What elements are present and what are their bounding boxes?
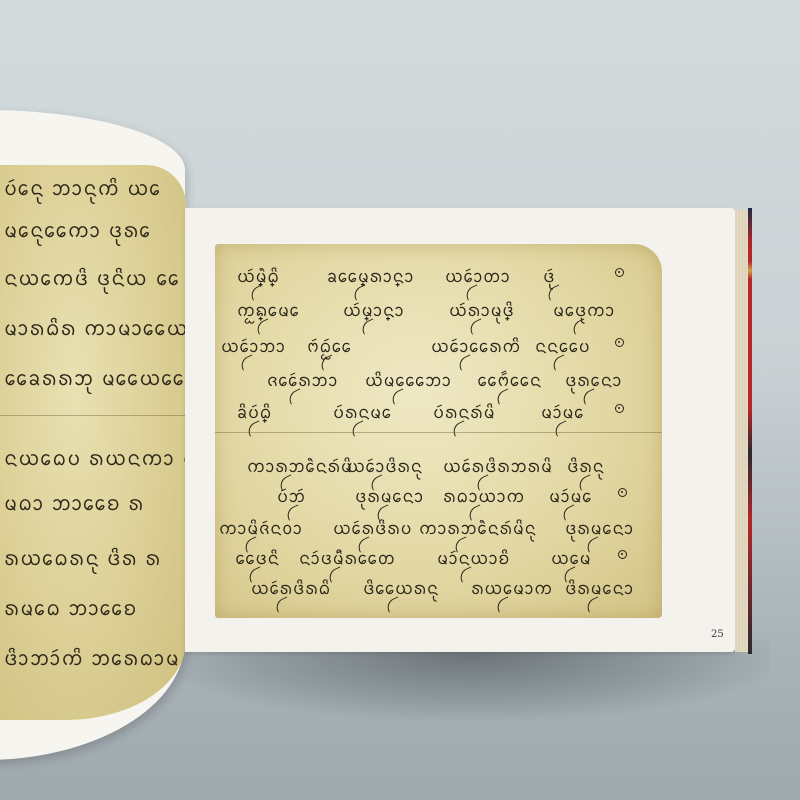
- manuscript-row: ᨠᩣᩁᨽᩮᩫᨶᩁᩢᨾᩦ ᨿᩮᩢᩣᨴᩦᩁᨶᩩ ᨿᩮᩢᩁᨴᩦᩁᨽᩁᨾᩦ ᨴᩦᩁᨶᩩ: [215, 454, 662, 478]
- manuscript-row: ᨡᩦᨷᩢ᩠ᨵᩦ ᨷᩢᩁᨶᨾᩮ ᨷᩢᩁᨶᩁᩢᨾᩦ ᨾᩣᩢᨾᩮ: [215, 400, 662, 424]
- manuscript-word: ᨠᩣᩁᨽᩮᩫᨶᩁᩢᨾᩦ: [247, 454, 353, 478]
- manuscript-line: ᩁᨿᩮᨵᩁᨶᩩ ᨴᩦᩁ ᩁ: [4, 545, 161, 567]
- manuscript-word: ᨡᩦᨷᩢ᩠ᨵᩦ: [237, 400, 272, 424]
- manuscript-word: ᨿᩮᩢᩁᨴᩦᩁᨵᩦ: [251, 576, 331, 600]
- manuscript-word: ᨷᩢᨽᩢ: [277, 484, 306, 508]
- manuscript-word: ᨴᩩᩢ: [543, 264, 555, 288]
- manuscript-line: ᨾᩮᨶᩩᩯᨠᩣ ᨴᩩᩁᩮ: [4, 217, 151, 239]
- manuscript-word: ᩁᨵᩣᨿᩣᨠ: [443, 484, 525, 508]
- manuscript-word: ᨷᩢᩁᨶᨾᩮ: [333, 400, 392, 424]
- manuscript-word: ᨠᩣᨾᩦᨩᩢᨶᩅᩣ: [219, 516, 303, 540]
- manuscript-word: ᨠᩣᩁᨽᩮᩫᨶᩁᩢᨾᩦᨶᩩ: [419, 516, 536, 540]
- manuscript-line: ᨴᩦᩣᨽᩣᩢᨠᩦ ᨽᩮᩁᨵᩣᨾ: [4, 645, 180, 667]
- manuscript-word: ᨴᩦᩯᨿᩁᨶᩩ: [363, 576, 439, 600]
- manuscript-word: ᨾᩣᩢᨾᩮ: [541, 400, 584, 424]
- fold-line: [215, 432, 662, 433]
- manuscript-word: ᨿᩮᩢᩁᨴᩦᩁᨽᩁᨾᩦ: [443, 454, 553, 478]
- manuscript-row: ᨷᩢᨽᩢ ᨴᩩᩁᨾᩮᨶᩣ ᩁᨵᩣᨿᩣᨠ ᨾᩣᩢᨾᩮ: [215, 484, 662, 508]
- manuscript-word: ᨩᩯᩢᩁᨽᩣ: [267, 368, 338, 392]
- manuscript-line: ᨷᩢᩮᨶᩩ ᨽᩣᨶᩩᨠᩦ ᨿᩮ: [4, 175, 161, 197]
- manuscript-word: ᨿᩮᩢᩣᨲᩣ: [445, 264, 511, 288]
- manuscript-row: ᨠᩣᨾᩦᨩᩢᨶᩅᩣ ᨿᩮᩢᩁᨴᩦᩁᨷ ᨠᩣᩁᨽᩮᩫᨶᩁᩢᨾᩦᨶᩩ ᨴᩩᩁᨾᩮᨶᩣ: [215, 516, 662, 540]
- manuscript-word: ᨷᩢᩁᨶᩁᩢᨾᩦ: [433, 400, 495, 424]
- manuscript-row: ᨿᩢ᩠ᨾᩫ᩠ᨵᩦ ᨡᩯ᩠ᨾᩁᩣ᩠ᨶᩣ ᨿᩮᩢᩣᨲᩣ ᨴᩩᩢ: [215, 264, 662, 288]
- manuscript-line: ᨾᩣᩁᨵᩦᩁ ᨠᩣᨾᩣᩯᨿ ᨻ: [4, 315, 186, 337]
- manuscript-word: ᨾᩣᩢᨶᨿᩣᨧᩦ: [437, 546, 510, 570]
- manuscript-word: ᨿᩮᩢᩣᩯᩁᨠᩦ: [431, 334, 521, 358]
- manuscript-word: ᨻᩢᨵᩬᩢᩯ: [307, 334, 352, 358]
- verse-mark-icon: [618, 550, 627, 559]
- manuscript-word: ᨠᩬ᩠ᨦᩮᨾᩮ: [237, 298, 300, 322]
- manuscript-word: ᩯᨻᩢᩢᩯᨶ: [477, 368, 542, 392]
- manuscript-word: ᨶᨶᩯᨷ: [535, 334, 590, 358]
- manuscript-row: ᨿᩮᩢᩁᨴᩦᩁᨵᩦ ᨴᩦᩯᨿᩁᨶᩩ ᩁᨿᩮᨾᩣᨠ ᨴᩦᩁᨾᩮᨶᩣ: [215, 576, 662, 600]
- verse-mark-icon: [615, 404, 624, 413]
- manuscript-word: ᨾᩮᨴᩩᨠᩣ: [553, 298, 615, 322]
- manuscript-word: ᨿᩮᩢᩁᨴᩦᩁᨷ: [333, 516, 412, 540]
- left-manuscript: ᨷᩢᩮᨶᩩ ᨽᩣᨶᩩᨠᩦ ᨿᩮ ᨾᩮᨶᩩᩯᨠᩣ ᨴᩩᩁᩮ ᨶᨿᩮᨠᨴᩦ ᨴᩩᨶᩦ…: [0, 165, 186, 720]
- manuscript-word: ᩯᨴᨶᩦ: [235, 546, 279, 570]
- manuscript-line: ᩯᨡᩁᩁᨽᩩ ᨾᩯᨿᩯ ᨿ: [4, 365, 186, 387]
- manuscript-line: ᨶᨿᩮᨵᨷ ᩁᨿᨶᨠᩣ ᩯ: [4, 445, 186, 467]
- manuscript-line: ᨾᨵᩣ ᨽᩣᩯᨧ ᩁ: [4, 490, 144, 512]
- right-manuscript: ᨿᩢ᩠ᨾᩫ᩠ᨵᩦ ᨡᩯ᩠ᨾᩁᩣ᩠ᨶᩣ ᨿᩮᩢᩣᨲᩣ ᨴᩩᩢ ᨠᩬ᩠ᨦᩮᨾᩮ ᨿᩢ…: [215, 244, 662, 618]
- manuscript-word: ᨴᩦᩁᨾᩮᨶᩣ: [565, 576, 634, 600]
- manuscript-row: ᨩᩯᩢᩁᨽᩣ ᨿᩦᨾᩮᩯᨽᩣ ᩯᨻᩢᩢᩯᨶ ᨴᩩᩁᩮᨶᩣ: [215, 368, 662, 392]
- verse-mark-icon: [615, 338, 624, 347]
- book-shadow: [170, 640, 770, 720]
- book-cover-edge: [748, 208, 752, 654]
- manuscript-word: ᨴᩩᩁᩮᨶᩣ: [565, 368, 622, 392]
- manuscript-row: ᩯᨴᨶᩦ ᨶᩣᩢᨴᨾᩦᩢᩁᩯᨲ ᨾᩣᩢᨶᨿᩣᨧᩦ ᨿᩮᨾ: [215, 546, 662, 570]
- manuscript-line: ᨶᨿᩮᨠᨴᩦ ᨴᩩᨶᩦᨿ ᩯ: [4, 265, 180, 287]
- manuscript-word: ᨿᩮᨾ: [551, 546, 591, 570]
- manuscript-word: ᨴᩩᩁᨾᩮᨶᩣ: [355, 484, 424, 508]
- manuscript-word: ᨾᩣᩢᨾᩮ: [549, 484, 592, 508]
- manuscript-word: ᨿᩢ᩠ᨾᩣ᩠ᨶᩣ: [343, 298, 404, 322]
- manuscript-row: ᨿᩮᩢᩣᨽᩣ ᨻᩢᨵᩬᩢᩯ ᨿᩮᩢᩣᩯᩁᨠᩦ ᨶᨶᩯᨷ: [215, 334, 662, 358]
- manuscript-word: ᨴᩩᩁᨾᩮᨶᩣ: [565, 516, 634, 540]
- manuscript-word: ᨿᩢᩁᩣᨾᩩ᩠ᨴᩦ: [449, 298, 514, 322]
- manuscript-word: ᨿᩮᩢᩣᨴᩦᩁᨶᩩ: [347, 454, 423, 478]
- manuscript-word: ᨿᩦᨾᩮᩯᨽᩣ: [365, 368, 452, 392]
- manuscript-row: ᨠᩬ᩠ᨦᩮᨾᩮ ᨿᩢ᩠ᨾᩣ᩠ᨶᩣ ᨿᩢᩁᩣᨾᩩ᩠ᨴᩦ ᨾᩮᨴᩩᨠᩣ: [215, 298, 662, 322]
- manuscript-word: ᨴᩦᩁᨶᩩ: [567, 454, 604, 478]
- fold-line: [0, 415, 186, 416]
- manuscript-line: ᩁᨾᩮᨵ ᨽᩣᩯᨧ: [4, 595, 138, 617]
- manuscript-word: ᨿᩮᩢᩣᨽᩣ: [221, 334, 286, 358]
- manuscript-word: ᩁᨿᩮᨾᩣᨠ: [471, 576, 553, 600]
- page-block-edges: [735, 210, 749, 652]
- verse-mark-icon: [618, 488, 627, 497]
- page-number: 25: [711, 629, 724, 640]
- manuscript-word: ᨶᩣᩢᨴᨾᩦᩢᩁᩯᨲ: [299, 546, 395, 570]
- manuscript-word: ᨡᩯ᩠ᨾᩁᩣ᩠ᨶᩣ: [327, 264, 414, 288]
- manuscript-word: ᨿᩢ᩠ᨾᩫ᩠ᨵᩦ: [237, 264, 280, 288]
- verse-mark-icon: [615, 268, 624, 277]
